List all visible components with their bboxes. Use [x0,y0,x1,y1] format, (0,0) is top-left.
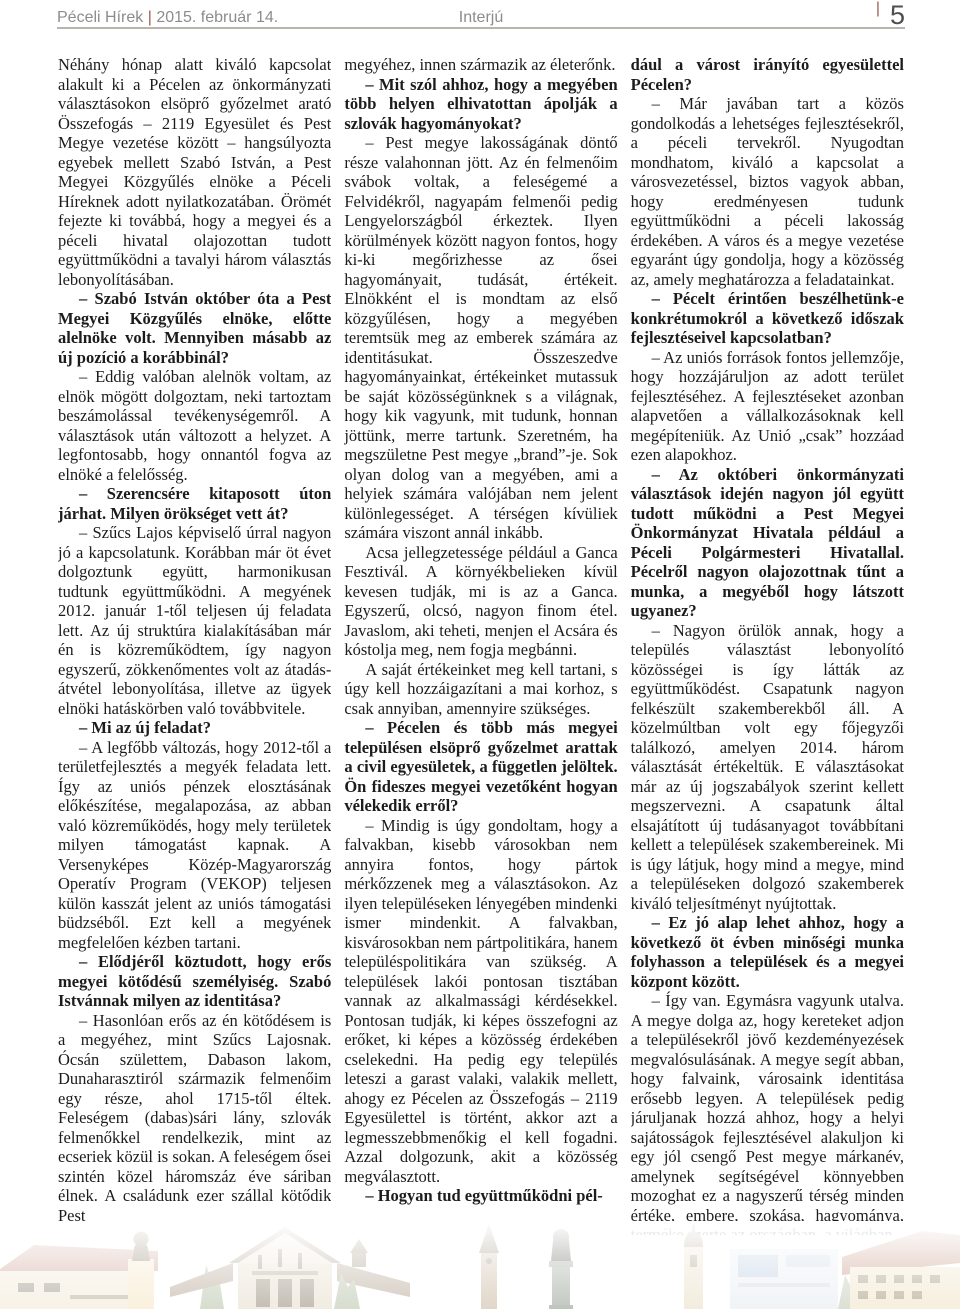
interview-question: – Szerencsére kitaposott úton járhat. Mi… [58,484,331,523]
interview-question: – Ez jó alap lehet ahhoz, hogy a követke… [631,913,904,991]
interview-question: dául a várost irányító egyesülettel Péce… [631,55,904,94]
section-title: Interjú [57,9,905,27]
article-paragraph: – Így van. Egymásra vagyunk utalva. A me… [631,991,904,1235]
interview-question: – Mit szól ahhoz, hogy a megyében több h… [344,75,617,134]
article-paragraph: – Szűcs Lajos képviselő úrral nagyon jó … [58,523,331,718]
header-right: | 5 [876,0,905,30]
page-header: Péceli Hírek | 2015. február 14. Interjú… [57,0,905,27]
article-paragraph: megyéhez, innen származik az életerőnk. [344,55,617,75]
interview-question: – Az októberi önkormányzati választások … [631,465,904,621]
interview-question: – Hogyan tud együttműködni pél- [344,1186,617,1206]
article-column-1: Néhány hónap alatt kiváló kapcsolat alak… [58,55,331,1235]
article-paragraph: – Az uniós források fontos jellemzője, h… [631,348,904,465]
interview-question: – Pécelt érintően beszélhetünk-e konkrét… [631,289,904,348]
interview-question: – Mi az új feladat? [58,718,331,738]
article-paragraph: A saját értékeinket meg kell tartani, s … [344,660,617,719]
pecel-cityscape-photo [0,1221,960,1309]
article-column-2: megyéhez, innen származik az életerőnk.–… [344,55,617,1235]
article-paragraph: – Pest megye lakosságának döntő része va… [344,133,617,543]
interview-question: – Szabó István október óta a Pest Megyei… [58,289,331,367]
article-paragraph: – A legfőbb változás, hogy 2012-től a te… [58,738,331,953]
newspaper-page: Péceli Hírek | 2015. február 14. Interjú… [0,0,960,1309]
article-paragraph: Acsa jellegzetessége például a Ganca Fes… [344,543,617,660]
header-rule [57,27,905,29]
article-paragraph: – Már javában tart a közös gondolkodás a… [631,94,904,289]
article-body: Néhány hónap alatt kiváló kapcsolat alak… [58,55,904,1235]
page-number: 5 [890,0,905,30]
article-paragraph: – Hasonlóan erős az én kötődésem is a me… [58,1011,331,1226]
article-paragraph: – Mindig is úgy gondoltam, hogy a falvak… [344,816,617,1187]
article-paragraph: – Nagyon örülök annak, hogy a település … [631,621,904,914]
article-paragraph: Néhány hónap alatt kiváló kapcsolat alak… [58,55,331,289]
interview-question: – Pécelen és több más megyei településen… [344,718,617,816]
pagenum-separator: | [876,0,880,18]
article-paragraph: – Eddig valóban alelnök voltam, az elnök… [58,367,331,484]
article-column-3: dául a várost irányító egyesülettel Péce… [631,55,904,1235]
interview-question: – Elődjéről köztudott, hogy erős megyei … [58,952,331,1011]
photo-fade-overlay [0,1221,960,1309]
